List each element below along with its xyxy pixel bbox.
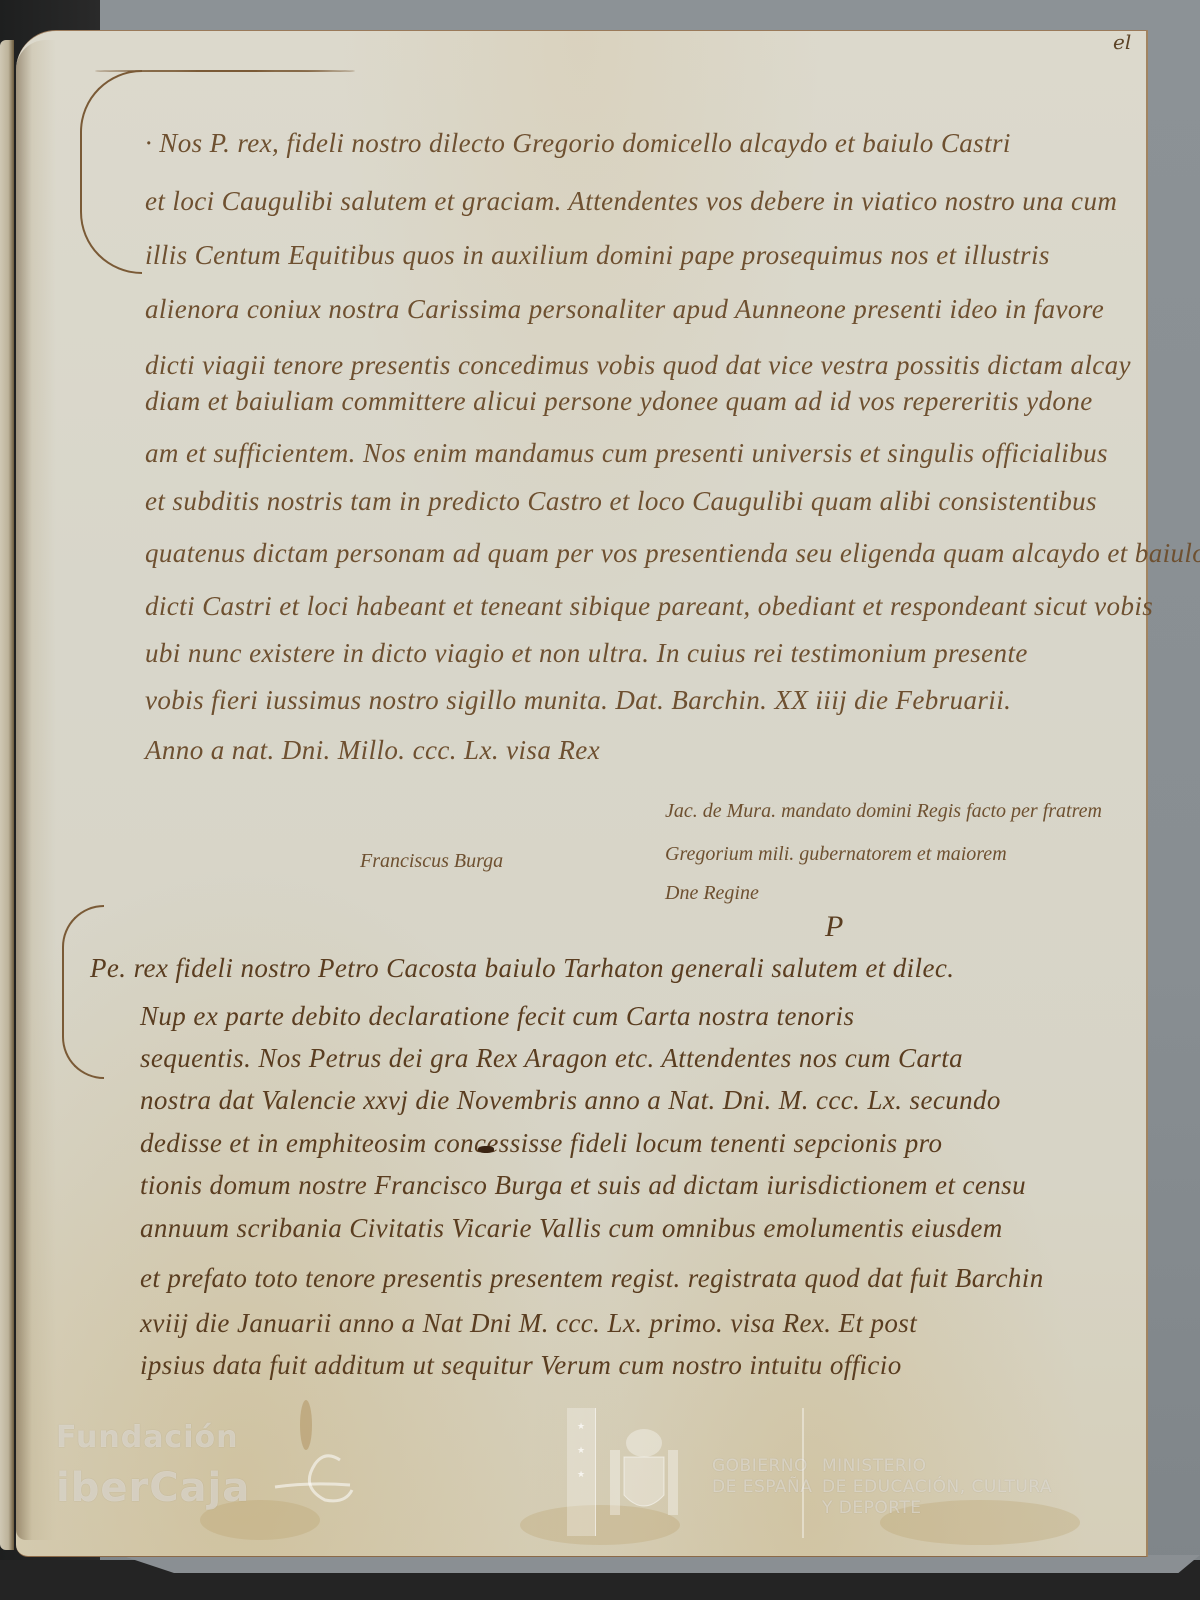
manuscript-line: · Nos P. rex, fideli nostro dilecto Greg… (145, 130, 1011, 157)
manuscript-line: alienora coniux nostra Carissima persona… (145, 296, 1104, 323)
manuscript-line: diam et baiuliam committere alicui perso… (145, 388, 1093, 415)
manuscript-line: illis Centum Equitibus quos in auxilium … (145, 242, 1050, 269)
manuscript-line: sequentis. Nos Petrus dei gra Rex Aragon… (140, 1045, 963, 1072)
manuscript-line: Nup ex parte debito declaratione fecit c… (140, 1003, 854, 1030)
subscription-line: Jac. de Mura. mandato domini Regis facto… (665, 800, 1102, 823)
scribe-signature: Franciscus Burga (360, 850, 503, 873)
ibercaja-watermark-line1: Fundación (56, 1420, 238, 1455)
manuscript-line: Anno a nat. Dni. Millo. ccc. Lx. visa Re… (145, 737, 600, 764)
manuscript-line: dicti viagii tenore presentis concedimus… (145, 352, 1131, 379)
subscription-line: Gregorium mili. gubernatorem et maiorem (665, 843, 1007, 866)
subscription-line: Dne Regine (665, 882, 759, 905)
backing-board-edge (120, 1555, 1200, 1573)
manuscript-line: Pe. rex fideli nostro Petro Cacosta baiu… (90, 955, 954, 982)
spain-flag-stripe-watermark: ★ ★ ★ (567, 1408, 596, 1536)
manuscript-line: ubi nunc existere in dicto viagio et non… (145, 640, 1028, 667)
manuscript-line: xviij die Januarii anno a Nat Dni M. ccc… (140, 1310, 917, 1337)
parchment-stain (300, 1400, 312, 1450)
gobierno-watermark-line1: GOBIERNO (712, 1456, 808, 1476)
manuscript-line: dedisse et in emphiteosim concessisse fi… (140, 1130, 942, 1157)
ink-blot (478, 1146, 494, 1153)
folio-number: el (1113, 30, 1131, 54)
manuscript-line: et subditis nostris tam in predicto Cast… (145, 488, 1097, 515)
manuscript-line: quatenus dictam personam ad quam per vos… (145, 540, 1200, 567)
manuscript-line: et loci Caugulibi salutem et graciam. At… (145, 188, 1117, 215)
margin-mark: P (825, 912, 844, 942)
ibercaja-watermark-line2: iberCaja (56, 1465, 250, 1511)
manuscript-line: tionis domum nostre Francisco Burga et s… (140, 1172, 1026, 1199)
manuscript-line: et prefato toto tenore presentis present… (140, 1265, 1044, 1292)
star-icon: ★ (567, 1470, 595, 1480)
star-icon: ★ (567, 1446, 595, 1456)
previous-page-edge (0, 40, 14, 1550)
manuscript-line: ipsius data fuit additum ut sequitur Ver… (140, 1352, 902, 1379)
manuscript-line: nostra dat Valencie xxvj die Novembris a… (140, 1087, 1001, 1114)
gobierno-watermark-line2: DE ESPAÑA (712, 1477, 812, 1497)
initial-bracket-flourish (62, 905, 104, 1079)
manuscript-line: dicti Castri et loci habeant et teneant … (145, 593, 1153, 620)
binding-gutter-shadow (16, 40, 56, 1540)
watermark-divider (802, 1408, 804, 1538)
ministerio-watermark-line1: MINISTERIO (822, 1456, 927, 1476)
manuscript-line: annuum scribania Civitatis Vicarie Valli… (140, 1215, 1003, 1242)
top-flourish (95, 70, 355, 72)
ministerio-watermark-line2: DE EDUCACIÓN, CULTURA (822, 1477, 1052, 1497)
star-icon: ★ (567, 1422, 595, 1432)
ibercaja-logo-icon (270, 1452, 360, 1507)
spanish-coat-of-arms-icon (608, 1425, 680, 1520)
manuscript-line: am et sufficientem. Nos enim mandamus cu… (145, 440, 1108, 467)
ministerio-watermark-line3: Y DEPORTE (822, 1498, 921, 1518)
manuscript-line: vobis fieri iussimus nostro sigillo muni… (145, 687, 1011, 714)
initial-bracket-flourish (80, 70, 142, 274)
